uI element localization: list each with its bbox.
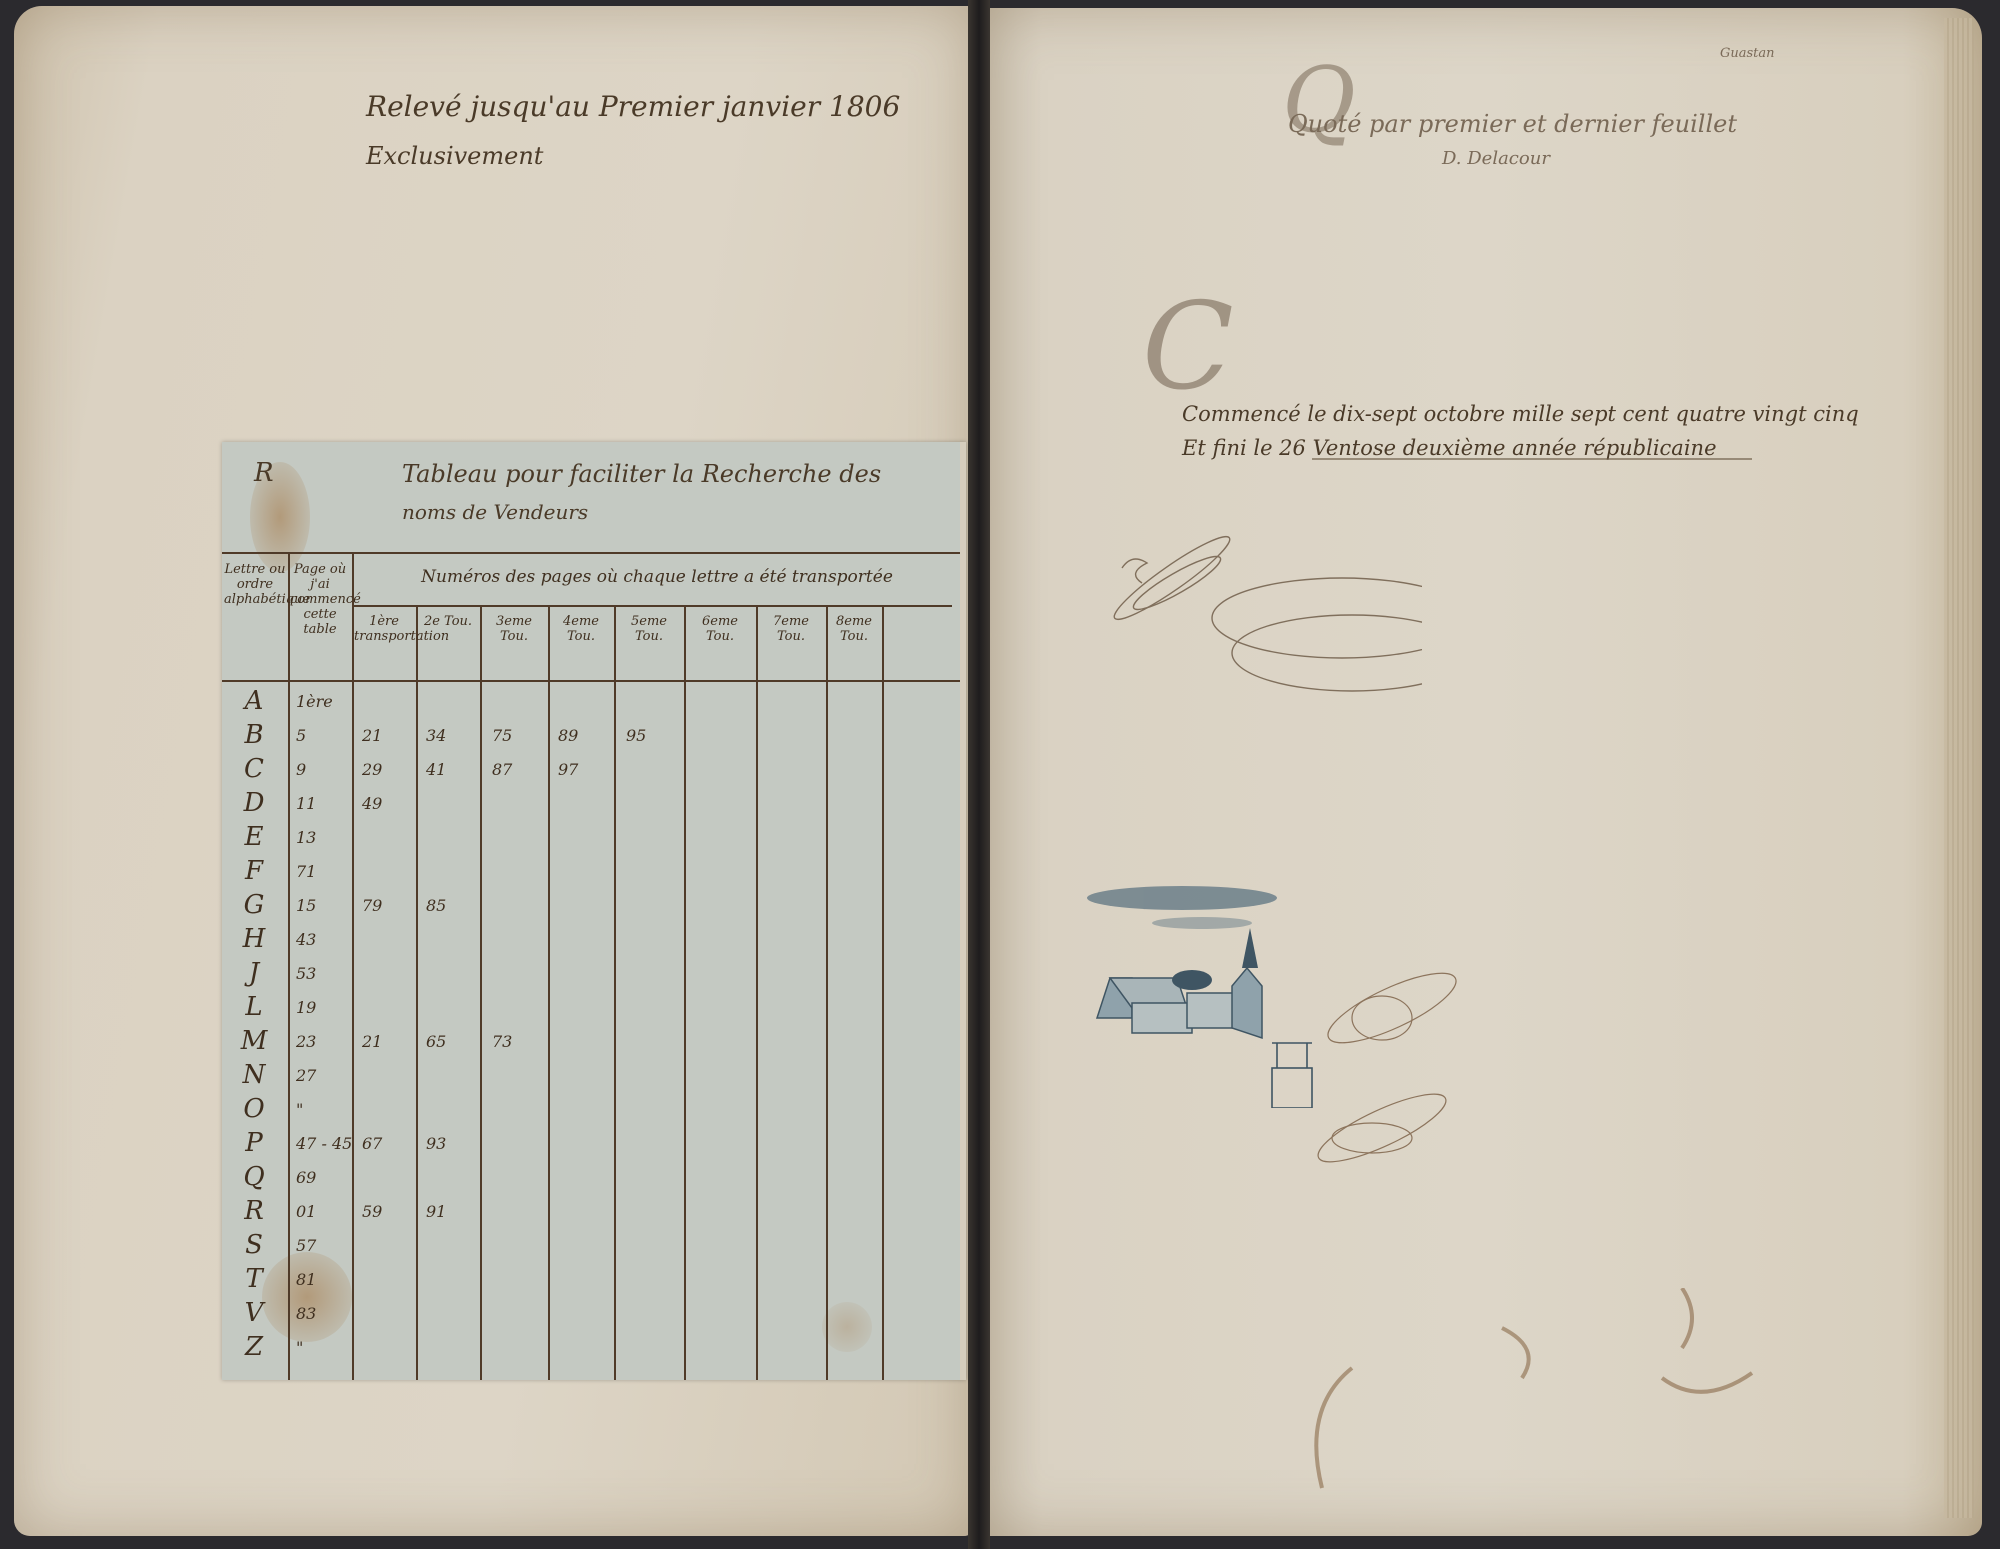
row-letter: Z [234,1332,274,1362]
row-transfer-page: 75 [492,726,512,745]
subheader: 3eme Tou. [482,614,546,644]
row-transfer-page: 73 [492,1032,512,1051]
corner-mark: R [254,458,274,488]
row-letter: V [234,1298,274,1328]
row-transfer-page: 67 [362,1134,382,1153]
top-note-line1: Relevé jusqu'au Premier janvier 1806 [366,90,900,123]
row-letter: R [234,1196,274,1226]
row-letter: F [234,856,274,886]
entry-underline [1312,458,1752,460]
table-rule [614,605,616,1380]
top-note-line2: Exclusivement [366,142,543,170]
subheader: 8eme Tou. [828,614,880,644]
header-span: Numéros des pages où chaque lettre a été… [362,570,952,585]
row-letter: M [234,1026,274,1056]
row-letter: C [234,754,274,784]
subheader: 1ère transportation [354,614,414,644]
row-start-page: 5 [296,726,306,745]
table-rule [416,605,418,1380]
heading-line1: Quoté par premier et dernier feuillet [1288,110,1737,138]
entry-line2: Et fini le 26 Ventose deuxième année rép… [1182,436,1717,460]
row-transfer-page: 21 [362,726,382,745]
row-transfer-page: 49 [362,794,382,813]
row-start-page: 1ère [296,692,333,711]
subheader: 2e Tou. [418,614,478,629]
page-edge [1944,18,1974,1518]
subheader: 4eme Tou. [550,614,612,644]
decorative-curl-marks [1282,1288,1802,1508]
row-letter: G [234,890,274,920]
slip-title-line2: noms de Vendeurs [402,500,588,524]
row-letter: L [234,992,274,1022]
row-start-page: 19 [296,998,316,1017]
row-letter: H [234,924,274,954]
row-letter: A [234,686,274,716]
slip-title-line1: Tableau pour faciliter la Recherche des [402,460,881,488]
row-start-page: " [296,1100,303,1119]
header-letter: Lettre ou ordre alphabétique [224,562,286,607]
row-start-page: 11 [296,794,316,813]
row-letter: O [234,1094,274,1124]
decorative-c-flourish: C [1142,278,1234,417]
row-start-page: 83 [296,1304,316,1323]
row-start-page: 13 [296,828,316,847]
row-start-page: 9 [296,760,306,779]
row-start-page: 43 [296,930,316,949]
row-letter: N [234,1060,274,1090]
row-letter: P [234,1128,274,1158]
table-rule [222,680,960,682]
row-start-page: 27 [296,1066,316,1085]
row-transfer-page: 89 [558,726,578,745]
row-start-page: 23 [296,1032,316,1051]
row-start-page: 47 - 45 [296,1134,352,1153]
table-rule [480,605,482,1380]
table-rule [826,605,828,1380]
row-transfer-page: 95 [626,726,646,745]
row-start-page: 81 [296,1270,316,1289]
row-start-page: 15 [296,896,316,915]
row-letter: B [234,720,274,750]
book-gutter [968,0,990,1549]
ink-wash-cottage-drawing [1082,868,1342,1108]
table-rule [684,605,686,1380]
row-transfer-page: 93 [426,1134,446,1153]
row-start-page: " [296,1338,303,1357]
signature: D. Delacour [1442,148,1550,169]
row-transfer-page: 97 [558,760,578,779]
subheader: 7eme Tou. [758,614,824,644]
row-start-page: 57 [296,1236,316,1255]
row-start-page: 53 [296,964,316,983]
row-transfer-page: 29 [362,760,382,779]
right-page: Guastan Q Quoté par premier et dernier f… [982,8,1982,1536]
pen-flourish-sketch [1102,528,1422,708]
row-transfer-page: 21 [362,1032,382,1051]
row-letter: S [234,1230,274,1260]
table-rule [288,552,290,1380]
subheader: 5eme Tou. [616,614,682,644]
row-transfer-page: 41 [426,760,446,779]
row-start-page: 71 [296,862,316,881]
row-transfer-page: 65 [426,1032,446,1051]
row-transfer-page: 87 [492,760,512,779]
row-letter: E [234,822,274,852]
row-start-page: 01 [296,1202,316,1221]
entry-line1: Commencé le dix-sept octobre mille sept … [1182,402,1859,426]
subheader: 6eme Tou. [686,614,754,644]
index-table: Lettre ou ordre alphabétique Page où j'a… [222,552,960,1380]
index-table-slip: R Tableau pour faciliter la Recherche de… [222,442,966,1380]
row-transfer-page: 59 [362,1202,382,1221]
row-start-page: 69 [296,1168,316,1187]
table-rule [756,605,758,1380]
row-letter: T [234,1264,274,1294]
table-rule [352,605,952,607]
table-rule [352,552,354,1380]
corner-note: Guastan [1720,46,1775,61]
row-transfer-page: 85 [426,896,446,915]
row-letter: J [234,958,274,988]
row-transfer-page: 91 [426,1202,446,1221]
row-letter: D [234,788,274,818]
table-rule [222,552,960,554]
row-transfer-page: 79 [362,896,382,915]
table-rule [548,605,550,1380]
pen-scribble-flourishes [1312,968,1512,1168]
table-rule [882,605,884,1380]
row-letter: Q [234,1162,274,1192]
row-transfer-page: 34 [426,726,446,745]
header-page: Page où j'ai commencé cette table [290,562,350,637]
